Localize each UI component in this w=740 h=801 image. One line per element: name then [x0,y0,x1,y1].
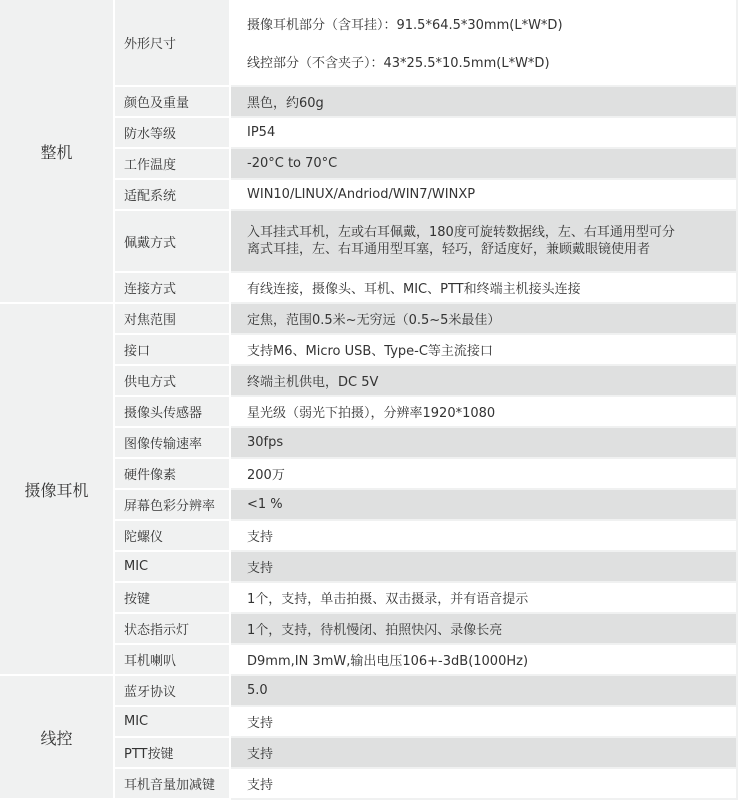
row-value: 1个，支持，单击拍摄、双击摄录，并有语音提示 [231,583,738,614]
row-value: 入耳挂式耳机，左或右耳佩戴，180度可旋转数据线，左、右耳通用型可分 离式耳挂，… [231,211,738,273]
row-label: 硬件像素 [115,459,231,490]
row-value: -20°C to 70°C [231,149,738,180]
row-label: 按键 [115,583,231,614]
row-label: MIC [115,552,231,583]
row-label: 摄像头传感器 [115,397,231,428]
row-label: PTT按键 [115,738,231,769]
row-label: 外形尺寸 [115,0,231,87]
row-value: 支持 [231,552,738,583]
row-label: 耳机音量加减键 [115,769,231,800]
row-label: 连接方式 [115,273,231,304]
row-label: 适配系统 [115,180,231,211]
row-value: <1 % [231,490,738,521]
row-value: 5.0 [231,676,738,707]
row-label: MIC [115,707,231,738]
row-value: 星光级（弱光下拍摄），分辨率1920*1080 [231,397,738,428]
row-label: 对焦范围 [115,304,231,335]
row-value: 30fps [231,428,738,459]
row-label: 佩戴方式 [115,211,231,273]
row-label: 耳机喇叭 [115,645,231,676]
spec-table: 整机 外形尺寸 摄像耳机部分（含耳挂）：91.5*64.5*30mm(L*W*D… [0,0,738,800]
value-line: 入耳挂式耳机，左或右耳佩戴，180度可旋转数据线，左、右耳通用型可分 [247,224,736,241]
row-label: 陀螺仪 [115,521,231,552]
row-label: 颜色及重量 [115,87,231,118]
row-value: 摄像耳机部分（含耳挂）：91.5*64.5*30mm(L*W*D) 线控部分（不… [231,0,738,87]
group-label: 摄像耳机 [0,304,115,676]
row-label: 状态指示灯 [115,614,231,645]
row-value: WIN10/LINUX/Andriod/WIN7/WINXP [231,180,738,211]
row-value: 定焦，范围0.5米~无穷远（0.5~5米最佳） [231,304,738,335]
row-label: 供电方式 [115,366,231,397]
value-line: 摄像耳机部分（含耳挂）：91.5*64.5*30mm(L*W*D) [247,14,736,33]
group-label: 线控 [0,676,115,800]
value-line: 线控部分（不含夹子）：43*25.5*10.5mm(L*W*D) [247,52,736,71]
row-label: 工作温度 [115,149,231,180]
row-label: 图像传输速率 [115,428,231,459]
row-value: 支持 [231,738,738,769]
row-label: 蓝牙协议 [115,676,231,707]
table-row: 摄像耳机 对焦范围 定焦，范围0.5米~无穷远（0.5~5米最佳） [0,304,738,335]
table-row: 整机 外形尺寸 摄像耳机部分（含耳挂）：91.5*64.5*30mm(L*W*D… [0,0,738,87]
row-value: 终端主机供电，DC 5V [231,366,738,397]
row-value: 黑色，约60g [231,87,738,118]
row-label: 屏幕色彩分辨率 [115,490,231,521]
table-row: 线控 蓝牙协议 5.0 [0,676,738,707]
row-value: 有线连接，摄像头、耳机、MIC、PTT和终端主机接头连接 [231,273,738,304]
row-label: 防水等级 [115,118,231,149]
row-value: D9mm,IN 3mW,输出电压106+-3dB(1000Hz) [231,645,738,676]
row-value: 支持 [231,521,738,552]
row-value: 200万 [231,459,738,490]
group-label: 整机 [0,0,115,304]
row-value: 支持M6、Micro USB、Type-C等主流接口 [231,335,738,366]
row-label: 接口 [115,335,231,366]
row-value: 支持 [231,769,738,800]
row-value: 1个，支持，待机慢闭、拍照快闪、录像长亮 [231,614,738,645]
row-value: 支持 [231,707,738,738]
row-value: IP54 [231,118,738,149]
value-line: 离式耳挂，左、右耳通用型耳塞，轻巧，舒适度好，兼顾戴眼镜使用者 [247,241,736,258]
